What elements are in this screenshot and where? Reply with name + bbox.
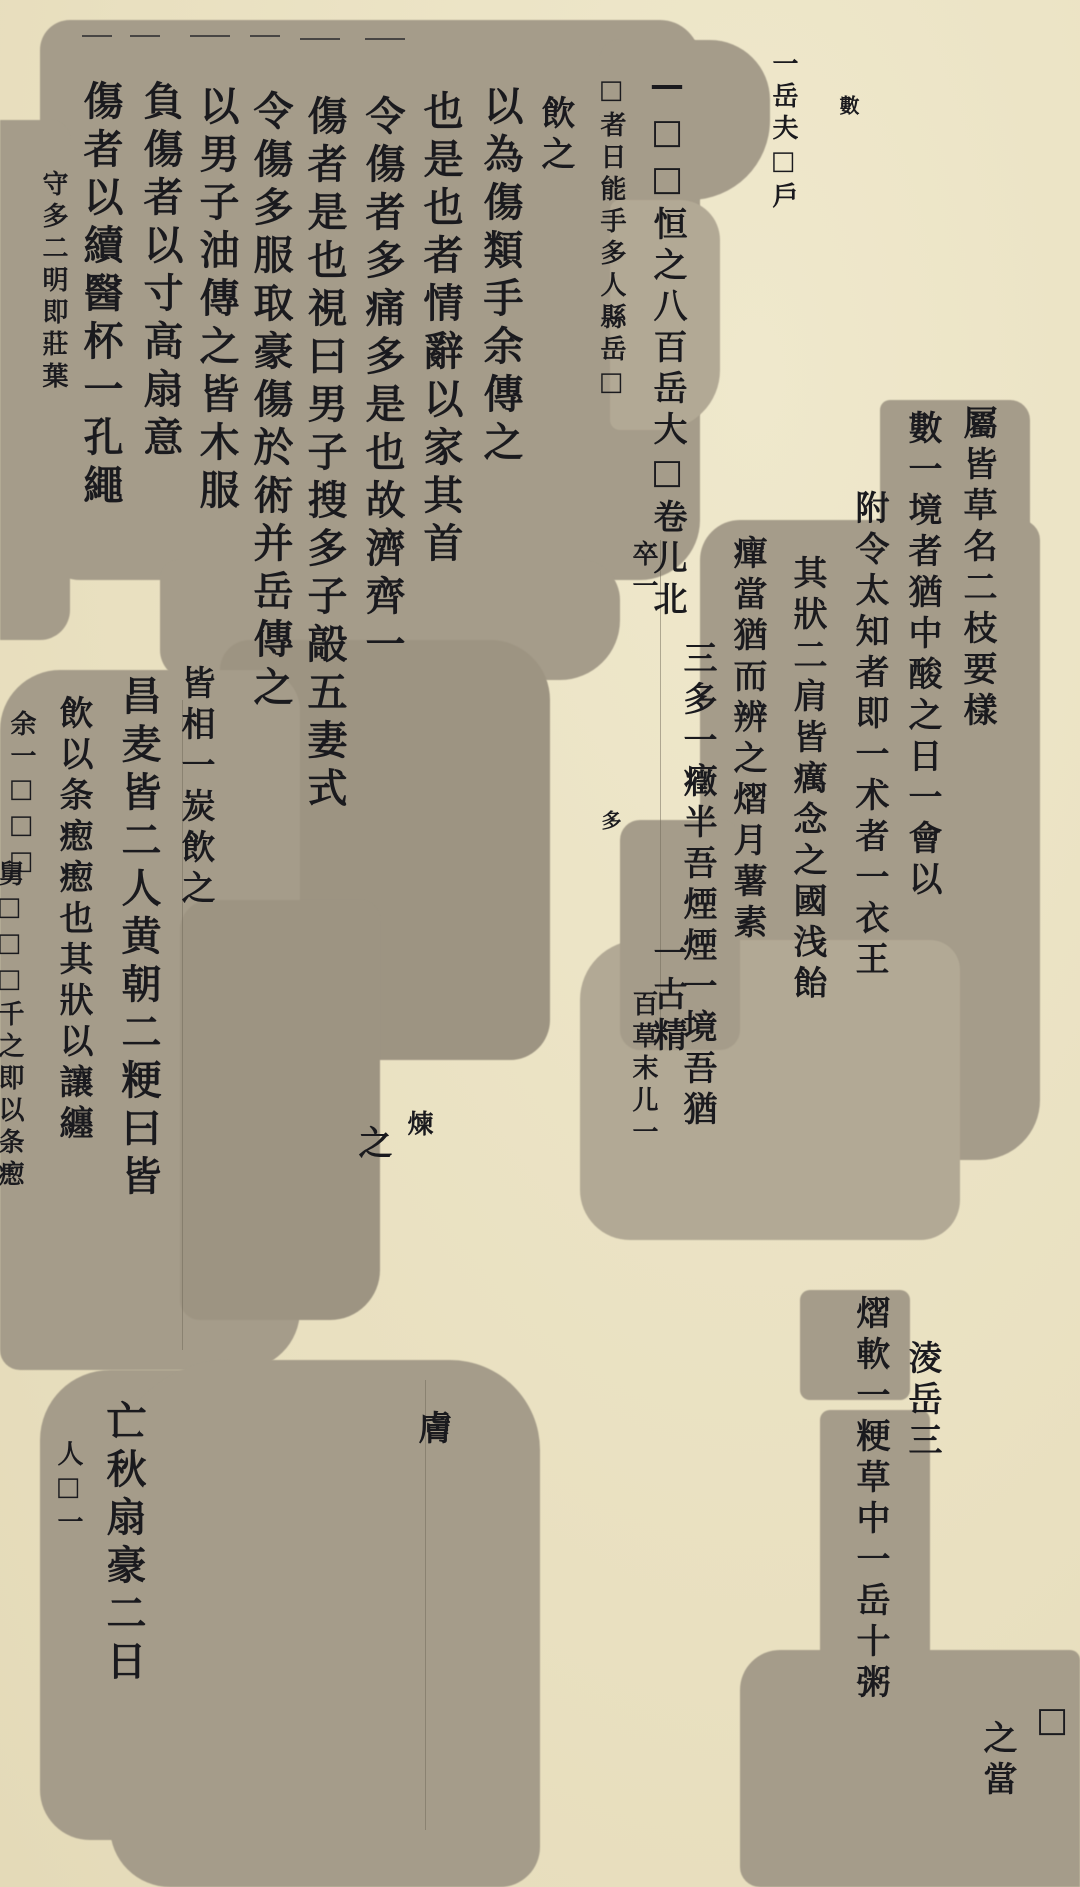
silk-fragment-bottom-right-base [740,1650,1080,1887]
text-column: 飲之 [538,95,572,177]
text-column: 亡秋扇豪二日 [103,1400,143,1688]
divider-mark [82,35,112,37]
text-column: 數 [838,95,858,120]
text-column: 負傷者以寸高扇意 [140,80,180,464]
text-column: 三多一癥半吾煙煙一境吾猶 [680,640,714,1132]
silk-fragment-middle-center [180,900,380,1320]
divider-mark [250,35,280,37]
text-column: 之當 [980,1720,1014,1802]
text-column: 熠軟一粳草中一岳十粥 [853,1295,887,1705]
text-column: 淩岳三 [905,1340,939,1463]
text-column: 飲以条瘛瘛也其狀以讓纏 [56,695,90,1146]
text-column: 以男子油傳之皆木服 [196,85,236,517]
text-column: 之 [355,1125,389,1166]
text-column: 膚 [415,1410,449,1451]
text-column: 也是也者情辭以家其首 [420,90,460,570]
text-column: —□□恒之八百岳大□卷儿北 [650,65,684,622]
text-column: 人□一 [55,1440,81,1540]
text-column: 多 [600,810,620,835]
text-column: 傷者以續醫杯一孔繩 [80,80,120,512]
text-column: □者日能手多人縣岳□ [598,75,624,403]
text-column: 令傷者多痛多是也故濟齊一 [362,95,402,671]
text-column: 百草末儿一 [630,990,656,1150]
text-column: □ [1035,1700,1069,1747]
text-column: 令傷多服取豪傷於術并岳傳之 [250,90,290,714]
silk-fragment-bottom-center [110,1360,540,1887]
text-column: 余一□□□ [8,710,34,882]
text-column: 數一境者猶中酸之日一會以 [905,410,939,902]
text-column: 昌麦皆二人黄朝二粳曰皆 [118,675,158,1203]
text-column: 守多二明即莊葉 [40,170,66,394]
divider-mark [300,38,340,40]
text-column: 舅□□□千之即以条瘛 [0,860,22,1192]
text-column: 癉當猶而辨之熠月薯素 [730,535,764,945]
text-column: 煉 [405,1110,431,1142]
text-column: 其狀二肩皆癘念之國浅飴 [790,555,824,1006]
divider-mark [130,35,160,37]
text-column: 卒一 [630,540,656,604]
text-column: 屬皆草名二枝要樣 [960,405,994,733]
divider-mark [190,35,230,37]
divider-mark [365,38,405,40]
text-column: 一岳夫□戶 [770,50,796,214]
text-column: 附令太知者即一术者一衣王 [852,490,886,982]
text-column: 皆相一炭飲之 [178,665,212,911]
text-column: 以為傷類手余傳之 [480,85,520,469]
text-column: 傷者是也視曰男子搜多子毃五妻式 [304,95,344,815]
